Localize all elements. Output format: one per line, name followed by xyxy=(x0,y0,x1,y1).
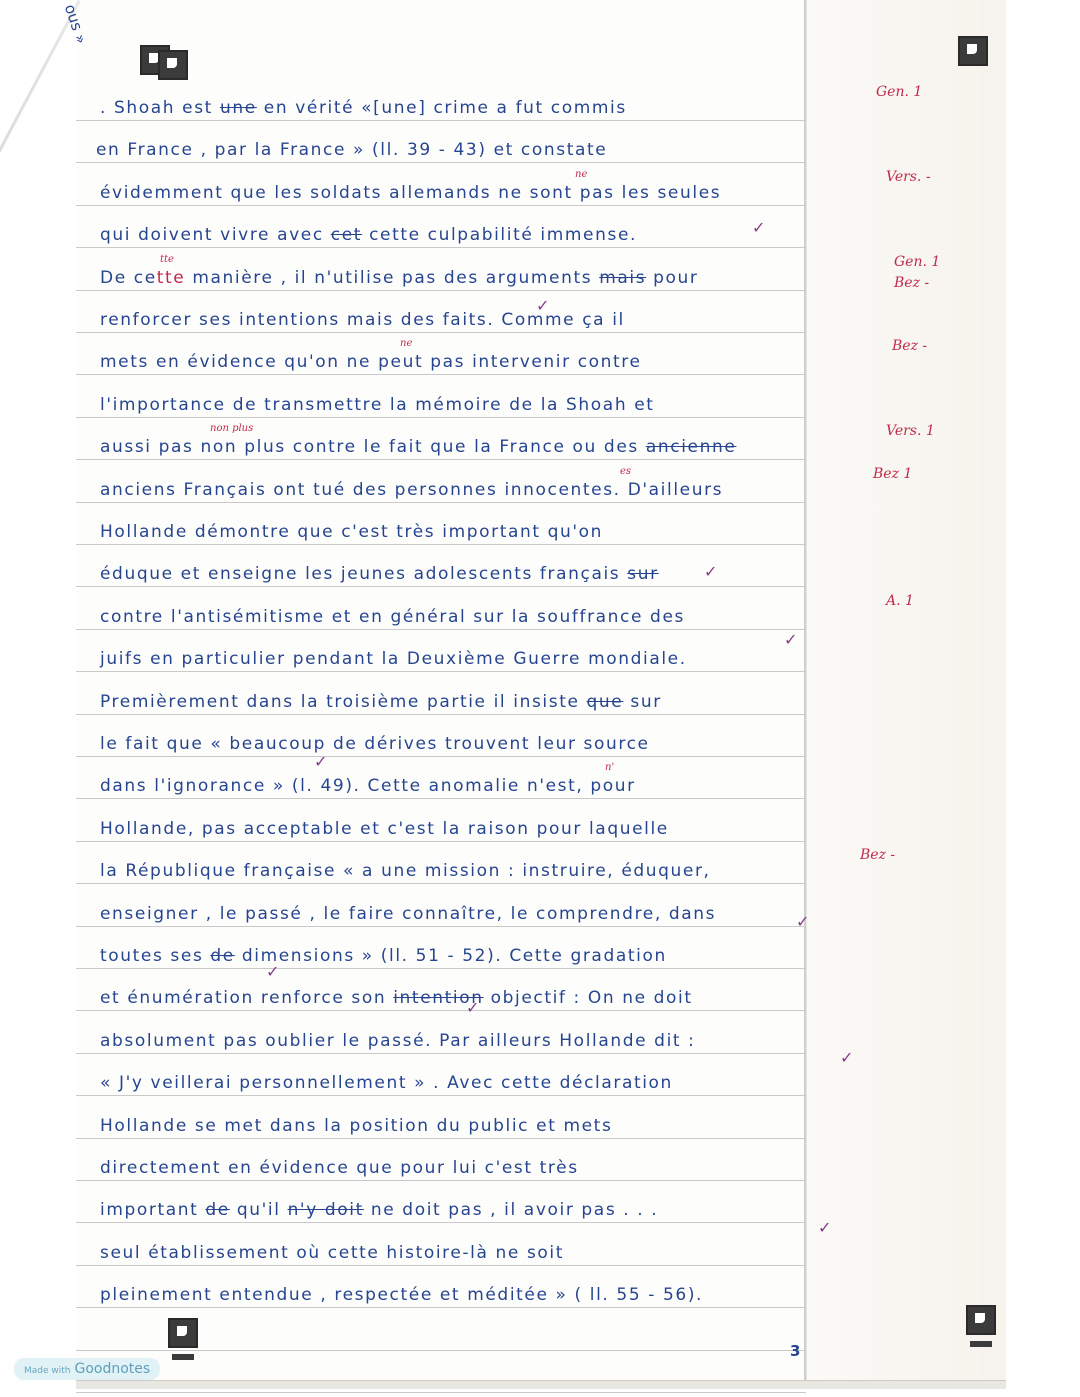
check-mark-icon: ✓ xyxy=(704,562,717,581)
margin-grade: Bez - xyxy=(860,847,895,863)
essay-line: Hollande se met dans la position du publ… xyxy=(100,1116,612,1148)
corner-marker-icon xyxy=(168,1318,198,1348)
check-mark-icon: ✓ xyxy=(314,752,327,771)
goodnotes-watermark: Made withGoodnotes xyxy=(14,1358,160,1380)
essay-line: De cette manière , il n'utilise pas des … xyxy=(100,268,699,300)
essay-line: Premièrement dans la troisième partie il… xyxy=(100,692,662,724)
essay-line: absolument pas oublier le passé. Par ail… xyxy=(100,1031,696,1063)
page-number: 3 xyxy=(790,1342,800,1360)
essay-line: aussi pas non plus contre le fait que la… xyxy=(100,437,736,469)
page-bottom-edge xyxy=(76,1380,1006,1389)
essay-line: « J'y veillerai personnellement » . Avec… xyxy=(100,1073,673,1105)
essay-line: pleinement entendue , respectée et médit… xyxy=(100,1285,703,1317)
check-mark-icon: ✓ xyxy=(784,630,797,649)
correction-note: ne xyxy=(575,169,587,180)
essay-line: en France , par la France » (ll. 39 - 43… xyxy=(96,140,607,172)
essay-line: l'importance de transmettre la mémoire d… xyxy=(100,395,655,427)
essay-line: le fait que « beaucoup de dérives trouve… xyxy=(100,734,650,766)
margin-grade: Vers. - xyxy=(886,169,931,185)
corner-marker-bar xyxy=(172,1354,194,1360)
margin-grade: Bez - xyxy=(892,338,927,354)
essay-line: important de qu'il n'y doit ne doit pas … xyxy=(100,1200,658,1232)
essay-line: Hollande, pas acceptable et c'est la rai… xyxy=(100,819,669,851)
check-mark-icon: ✓ xyxy=(536,296,549,315)
corner-marker-icon xyxy=(958,36,988,66)
essay-line: et énumération renforce son intention ob… xyxy=(100,988,693,1020)
corner-marker-icon xyxy=(158,50,188,80)
essay-line: . Shoah est une en vérité «[une] crime a… xyxy=(100,98,627,130)
check-mark-icon: ✓ xyxy=(466,998,479,1017)
essay-line: Hollande démontre que c'est très importa… xyxy=(100,522,603,554)
ruled-line xyxy=(76,1350,806,1351)
essay-line: évidemment que les soldats allemands ne … xyxy=(100,183,721,215)
essay-line: dans l'ignorance » (l. 49). Cette anomal… xyxy=(100,776,636,808)
page-margin-strip xyxy=(806,0,1006,1385)
essay-line: contre l'antisémitisme et en général sur… xyxy=(100,607,685,639)
margin-grade: Gen. 1 xyxy=(876,84,922,100)
correction-note: tte xyxy=(160,254,174,265)
margin-grade: A. 1 xyxy=(886,593,914,609)
watermark-brand: Goodnotes xyxy=(75,1361,151,1377)
correction-note: n' xyxy=(605,762,614,773)
essay-line: mets en évidence qu'on ne peut pas inter… xyxy=(100,352,642,384)
margin-grade: Vers. 1 xyxy=(886,423,935,439)
essay-line: juifs en particulier pendant la Deuxième… xyxy=(100,649,687,681)
correction-note: es xyxy=(620,466,631,477)
check-mark-icon: ✓ xyxy=(840,1048,853,1067)
essay-line: anciens Français ont tué des personnes i… xyxy=(100,480,723,512)
essay-line: qui doivent vivre avec cet cette culpabi… xyxy=(100,225,637,257)
essay-line: toutes ses de dimensions » (ll. 51 - 52)… xyxy=(100,946,667,978)
margin-grade: Bez 1 xyxy=(873,466,912,482)
essay-line: éduque et enseigne les jeunes adolescent… xyxy=(100,564,659,596)
corner-marker-bar xyxy=(970,1341,992,1347)
correction-note: ne xyxy=(400,338,412,349)
ruled-line xyxy=(76,1392,806,1393)
essay-line: directement en évidence que pour lui c'e… xyxy=(100,1158,579,1190)
check-mark-icon: ✓ xyxy=(818,1218,831,1237)
essay-line: la République française « a une mission … xyxy=(100,861,711,893)
essay-line: enseigner , le passé , le faire connaîtr… xyxy=(100,904,716,936)
corner-marker-icon xyxy=(966,1305,996,1335)
essay-line: seul établissement où cette histoire-là … xyxy=(100,1243,564,1275)
margin-grade: Bez - xyxy=(894,275,929,291)
watermark-prefix: Made with xyxy=(24,1366,71,1376)
binder-ring-shadow xyxy=(0,0,81,293)
check-mark-icon: ✓ xyxy=(796,912,809,931)
check-mark-icon: ✓ xyxy=(266,962,279,981)
correction-note: non plus xyxy=(210,423,253,434)
margin-grade: Gen. 1 xyxy=(894,254,940,270)
check-mark-icon: ✓ xyxy=(752,218,765,237)
